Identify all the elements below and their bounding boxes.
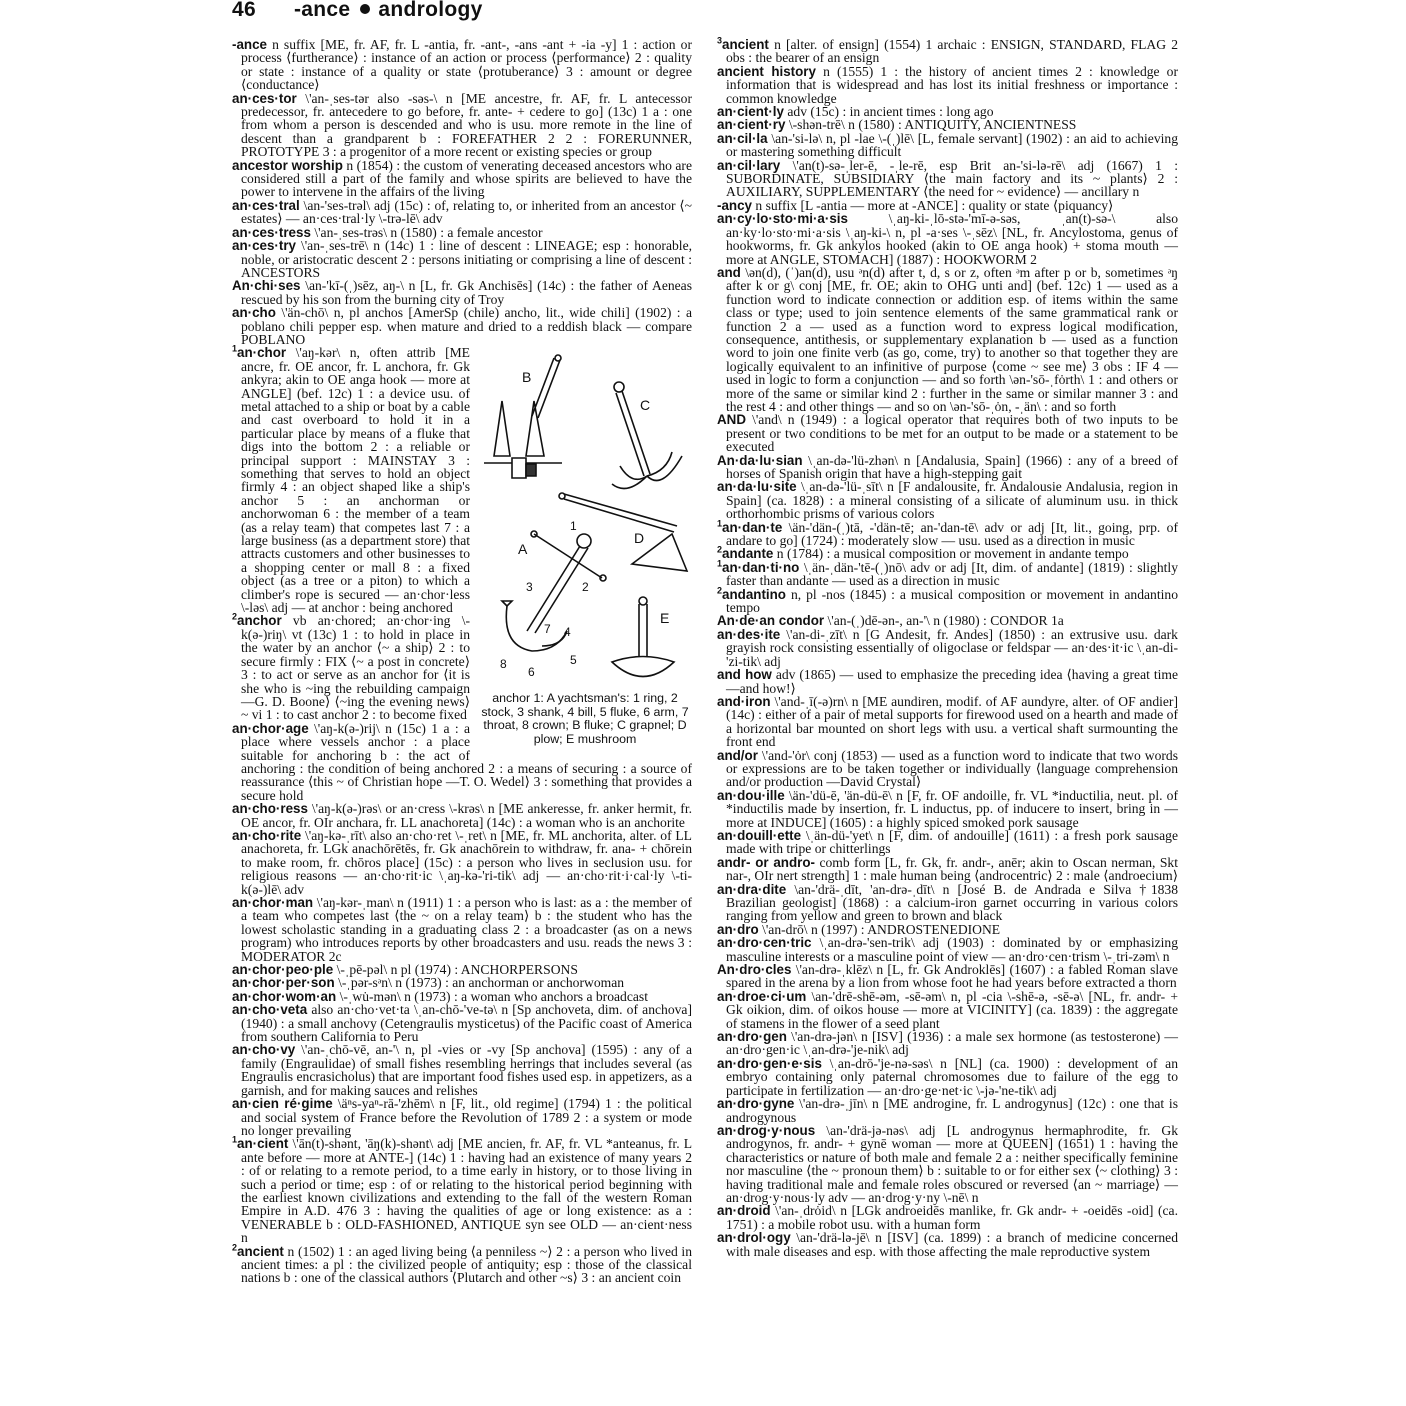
dictionary-entry: an·da·lu·site \ˌan-də-'lü-ˌsīt\ n [F and…: [717, 480, 1178, 520]
entry-definition: \'and-'ȯr\ conj (1853) — used as a funct…: [726, 748, 1178, 790]
svg-text:D: D: [634, 530, 644, 546]
entry-definition: \'an-di-ˌzīt\ n [G Andesit, fr. Andes] (…: [726, 627, 1178, 669]
entry-definition: adv (1865) — used to emphasize the prece…: [726, 667, 1178, 695]
entry-definition: \'ān(t)-shənt, 'āŋ(k)-shənt\ adj [ME anc…: [241, 1136, 692, 1245]
svg-text:2: 2: [582, 580, 589, 594]
dictionary-entry: -ance n suffix [ME, fr. AF, fr. L -antia…: [232, 38, 692, 92]
dictionary-entry: an·chor·man \'aŋ-kər-ˌman\ n (1911) 1 : …: [232, 896, 692, 963]
svg-text:4: 4: [564, 625, 571, 639]
dictionary-entry: an·ces·tress \'an-ˌses-trəs\ n (1580) : …: [232, 226, 692, 239]
illustration-caption: anchor 1: A yachtsman's: 1 ring, 2 stock…: [478, 692, 692, 746]
entry-definition: \'and-ˌī(-ə)rn\ n [ME aundiren, modif. o…: [726, 694, 1178, 749]
svg-text:5: 5: [570, 653, 577, 667]
dictionary-entry: an·cho·ress \'aŋ-k(ə-)rəs\ or an·cress \…: [232, 802, 692, 829]
dictionary-entry: An·da·lu·sian \ˌan-də-'lü-zhən\ n [Andal…: [717, 454, 1178, 481]
entry-definition: \'aŋ-k(ə-)rəs\ or an·cress \-krəs\ n [ME…: [241, 801, 692, 829]
dictionary-entry: an·dro·cen·tric \ˌan-drə-'sen-trik\ adj …: [717, 936, 1178, 963]
entry-definition: \'än-chō\ n, pl anchos [AmerSp (chile) a…: [241, 305, 692, 347]
dictionary-entry: 2ancient n (1502) 1 : an aged living bei…: [232, 1245, 692, 1285]
svg-text:3: 3: [526, 580, 533, 594]
dictionary-entry: an·dro·gyne \'an-drə-ˌjīn\ n [ME androgi…: [717, 1097, 1178, 1124]
dictionary-entry: an·dra·dite \an-'drä-ˌdīt, 'an-drə-ˌdīt\…: [717, 883, 1178, 923]
dictionary-entry: 2andantino n, pl -nos (1845) : a musical…: [717, 588, 1178, 615]
first-guide-word: -ance: [294, 0, 350, 21]
entry-definition: \'an-drə-ˌjīn\ n [ME androgine, fr. L an…: [726, 1096, 1178, 1124]
anchor-illustration: B C D A E 1 2 3 4 5 6 7 8 anchor 1: A ya…: [478, 346, 692, 750]
dictionary-entry: 1an·dan·te \än-'dän-(ˌ)tā, -'dän-tē; an-…: [717, 521, 1178, 548]
dictionary-entry: an·drol·ogy \an-'drä-lə-jē\ n [ISV] (ca.…: [717, 1231, 1178, 1258]
dictionary-entry: An·dro·cles \'an-drə-ˌklēz\ n [L, fr. Gk…: [717, 963, 1178, 990]
dictionary-entry: ancient history n (1555) 1 : the history…: [717, 65, 1178, 105]
dictionary-entry: an·cho·veta also an·cho·vet·ta \ˌan-chō-…: [232, 1003, 692, 1043]
dictionary-entry: an·drog·y·nous \an-'drä-jə-nəs\ adj [L a…: [717, 1124, 1178, 1204]
dictionary-entry: andr- or andro- comb form [L, fr. Gk, fr…: [717, 856, 1178, 883]
right-column: 3ancient n [alter. of ensign] (1554) 1 a…: [717, 38, 1178, 1258]
entry-definition: n (1502) 1 : an aged living being ⟨a pen…: [241, 1244, 692, 1286]
dictionary-entry: and \ən(d), (ˈ)an(d), usu ᵊn(d) after t,…: [717, 266, 1178, 413]
entry-definition: n, pl -nos (1845) : a musical compositio…: [726, 587, 1178, 615]
entry-definition: \'an-drə-jən\ n [ISV] (1936) : a male se…: [726, 1029, 1178, 1057]
dictionary-entry: an·cho \'än-chō\ n, pl anchos [AmerSp (c…: [232, 306, 692, 346]
dictionary-entry: an·ces·tor \'an-ˌses-tər also -səs-\ n […: [232, 92, 692, 159]
dictionary-entry: 1an·cient \'ān(t)-shənt, 'āŋ(k)-shənt\ a…: [232, 1137, 692, 1244]
dictionary-entry: 3ancient n [alter. of ensign] (1554) 1 a…: [717, 38, 1178, 65]
dictionary-entry: an·cil·la \an-'si-lə\ n, pl -lae \-(ˌ)lē…: [717, 132, 1178, 159]
dictionary-entry: an·douill·ette \ˌän-dü-'yet\ n [F, dim. …: [717, 829, 1178, 856]
entry-definition: \'and\ n (1949) : a logical operator tha…: [726, 412, 1178, 454]
dictionary-entry: an·cho·vy \'an-ˌchō-vē, an-'\ n, pl -vie…: [232, 1043, 692, 1097]
svg-text:C: C: [640, 397, 650, 413]
dictionary-entry: and how adv (1865) — used to emphasize t…: [717, 668, 1178, 695]
entry-definition: \an-'drä-lə-jē\ n [ISV] (ca. 1899) : a b…: [726, 1230, 1178, 1258]
dictionary-entry: an·cil·lary \'an(t)-sə-ˌler-ē, -ˌle-rē, …: [717, 159, 1178, 199]
dictionary-entry: an·dro \'an-drō\ n (1997) : ANDROSTENEDI…: [717, 923, 1178, 936]
entry-definition: \an-'drä-ˌdīt, 'an-drə-ˌdīt\ n [José B. …: [726, 882, 1178, 924]
dictionary-entry: -ancy n suffix [L -antia — more at -ANCE…: [717, 199, 1178, 212]
entry-definition: vb an·chored; an·chor·ing \-k(ə-)riŋ\ vt…: [241, 613, 470, 722]
svg-text:7: 7: [544, 622, 551, 636]
dictionary-entry: an·dro·gen·e·sis \ˌan-drō-'je-nə-səs\ n …: [717, 1057, 1178, 1097]
dictionary-entry: an·cy·lo·sto·mi·a·sis \ˌaŋ-ki-ˌlō-stə-'m…: [717, 212, 1178, 266]
entry-definition: n suffix [ME, fr. AF, fr. L -antia, fr. …: [241, 37, 692, 92]
bullet-separator-icon: [360, 4, 370, 14]
entry-definition: \'an(t)-sə-ˌler-ē, -ˌle-rē, esp Brit an-…: [726, 158, 1178, 200]
svg-text:E: E: [660, 610, 669, 626]
svg-text:B: B: [522, 369, 531, 385]
dictionary-entry: AND \'and\ n (1949) : a logical operator…: [717, 413, 1178, 453]
entry-definition: \an-'ses-trəl\ adj (15c) : of, relating …: [241, 198, 692, 226]
dictionary-entry: an·cien ré·gime \äⁿs-yaⁿ-rā-'zhēm\ n [F,…: [232, 1097, 692, 1137]
left-column: -ance n suffix [ME, fr. AF, fr. L -antia…: [232, 38, 692, 1285]
dictionary-entry: an·cient·ry \-shən-trē\ n (1580) : ANTIQ…: [717, 118, 1178, 131]
entry-definition: \'an-ˌchō-vē, an-'\ n, pl -vies or -vy […: [241, 1042, 692, 1097]
dictionary-entry: 2andante n (1784) : a musical compositio…: [717, 547, 1178, 560]
dictionary-entry: an·dro·gen \'an-drə-jən\ n [ISV] (1936) …: [717, 1030, 1178, 1057]
anchor-types-icon: B C D A E 1 2 3 4 5 6 7 8: [482, 346, 692, 686]
entry-definition: \an-'si-lə\ n, pl -lae \-(ˌ)lē\ [L, fema…: [726, 131, 1178, 159]
dictionary-entry: an·droe·ci·um \an-'drē-shē-əm, -sē-əm\ n…: [717, 990, 1178, 1030]
last-guide-word: andrology: [378, 0, 482, 21]
dictionary-entry: an·ces·try \'an-ˌses-trē\ n (14c) 1 : li…: [232, 239, 692, 279]
entry-definition: \'an-drə-ˌklēz\ n [L, fr. Gk Androklēs] …: [726, 962, 1178, 990]
dictionary-entry: an·cho·rite \'aŋ-kə-ˌrīt\ also an·cho·re…: [232, 829, 692, 896]
dictionary-entry: An·de·an condor \'an-(ˌ)dē-ən-, an-'\ n …: [717, 614, 1178, 627]
dictionary-entry: an·ces·tral \an-'ses-trəl\ adj (15c) : o…: [232, 199, 692, 226]
page-header: 46-anceandrology: [232, 0, 483, 24]
dictionary-entry: and·iron \'and-ˌī(-ə)rn\ n [ME aundiren,…: [717, 695, 1178, 749]
svg-text:1: 1: [570, 519, 577, 533]
dictionary-entry: and/or \'and-'ȯr\ conj (1853) — used as …: [717, 749, 1178, 789]
entry-definition: \'an-ˌdrȯid\ n [LGk androeidēs manlike, …: [726, 1203, 1178, 1231]
entry-definition: \an-'kī-(ˌ)sēz, aŋ-\ n [L, fr. Gk Anchis…: [241, 278, 692, 306]
entry-definition: \'an-ˌses-trē\ n (14c) 1 : line of desce…: [241, 238, 692, 280]
entry-definition: \ən(d), (ˈ)an(d), usu ᵊn(d) after t, d, …: [726, 265, 1178, 414]
dictionary-entry: an·dou·ille \än-'dü-ē, 'än-dü-ē\ n [F, f…: [717, 789, 1178, 829]
dictionary-entry: an·chor·peo·ple \-ˌpē-pəl\ n pl (1974) :…: [232, 963, 692, 976]
entry-definition: \än-'dü-ē, 'än-dü-ē\ n [F, fr. OF andoil…: [726, 788, 1178, 830]
svg-text:8: 8: [500, 657, 507, 671]
dictionary-entry: an·droid \'an-ˌdrȯid\ n [LGk androeidēs …: [717, 1204, 1178, 1231]
svg-text:6: 6: [528, 665, 535, 679]
dictionary-entry: An·chi·ses \an-'kī-(ˌ)sēz, aŋ-\ n [L, fr…: [232, 279, 692, 306]
dictionary-entry: an·chor·per·son \-ˌpər-sᵊn\ n (1973) : a…: [232, 976, 692, 989]
dictionary-entry: an·des·ite \'an-di-ˌzīt\ n [G Andesit, f…: [717, 628, 1178, 668]
entry-definition: \'aŋ-kər\ n, often attrib [ME ancre, fr.…: [241, 345, 470, 615]
page-number: 46: [232, 0, 294, 22]
dictionary-entry: 1an·dan·ti·no \ˌän-ˌdän-'tē-(ˌ)nō\ adv o…: [717, 561, 1178, 588]
dictionary-entry: an·chor·wom·an \-ˌwu̇-mən\ n (1973) : a …: [232, 990, 692, 1003]
entry-definition: n [alter. of ensign] (1554) 1 archaic : …: [726, 37, 1178, 65]
entry-definition: \'aŋ-kə-ˌrīt\ also an·cho·ret \-ˌret\ n …: [241, 828, 692, 897]
entry-definition: \än-'dän-(ˌ)tā, -'dän-tē; an-'dan-tē\ ad…: [726, 520, 1178, 548]
dictionary-entry: an·cient·ly adv (15c) : in ancient times…: [717, 105, 1178, 118]
entry-definition: \'an-ˌses-tər also -səs-\ n [ME ancestre…: [241, 91, 692, 160]
svg-text:A: A: [518, 541, 528, 557]
entry-definition: also an·cho·vet·ta \ˌan-chō-'ve-tə\ n [S…: [241, 1002, 692, 1044]
dictionary-entry: ancestor worship n (1854) : the custom o…: [232, 159, 692, 199]
